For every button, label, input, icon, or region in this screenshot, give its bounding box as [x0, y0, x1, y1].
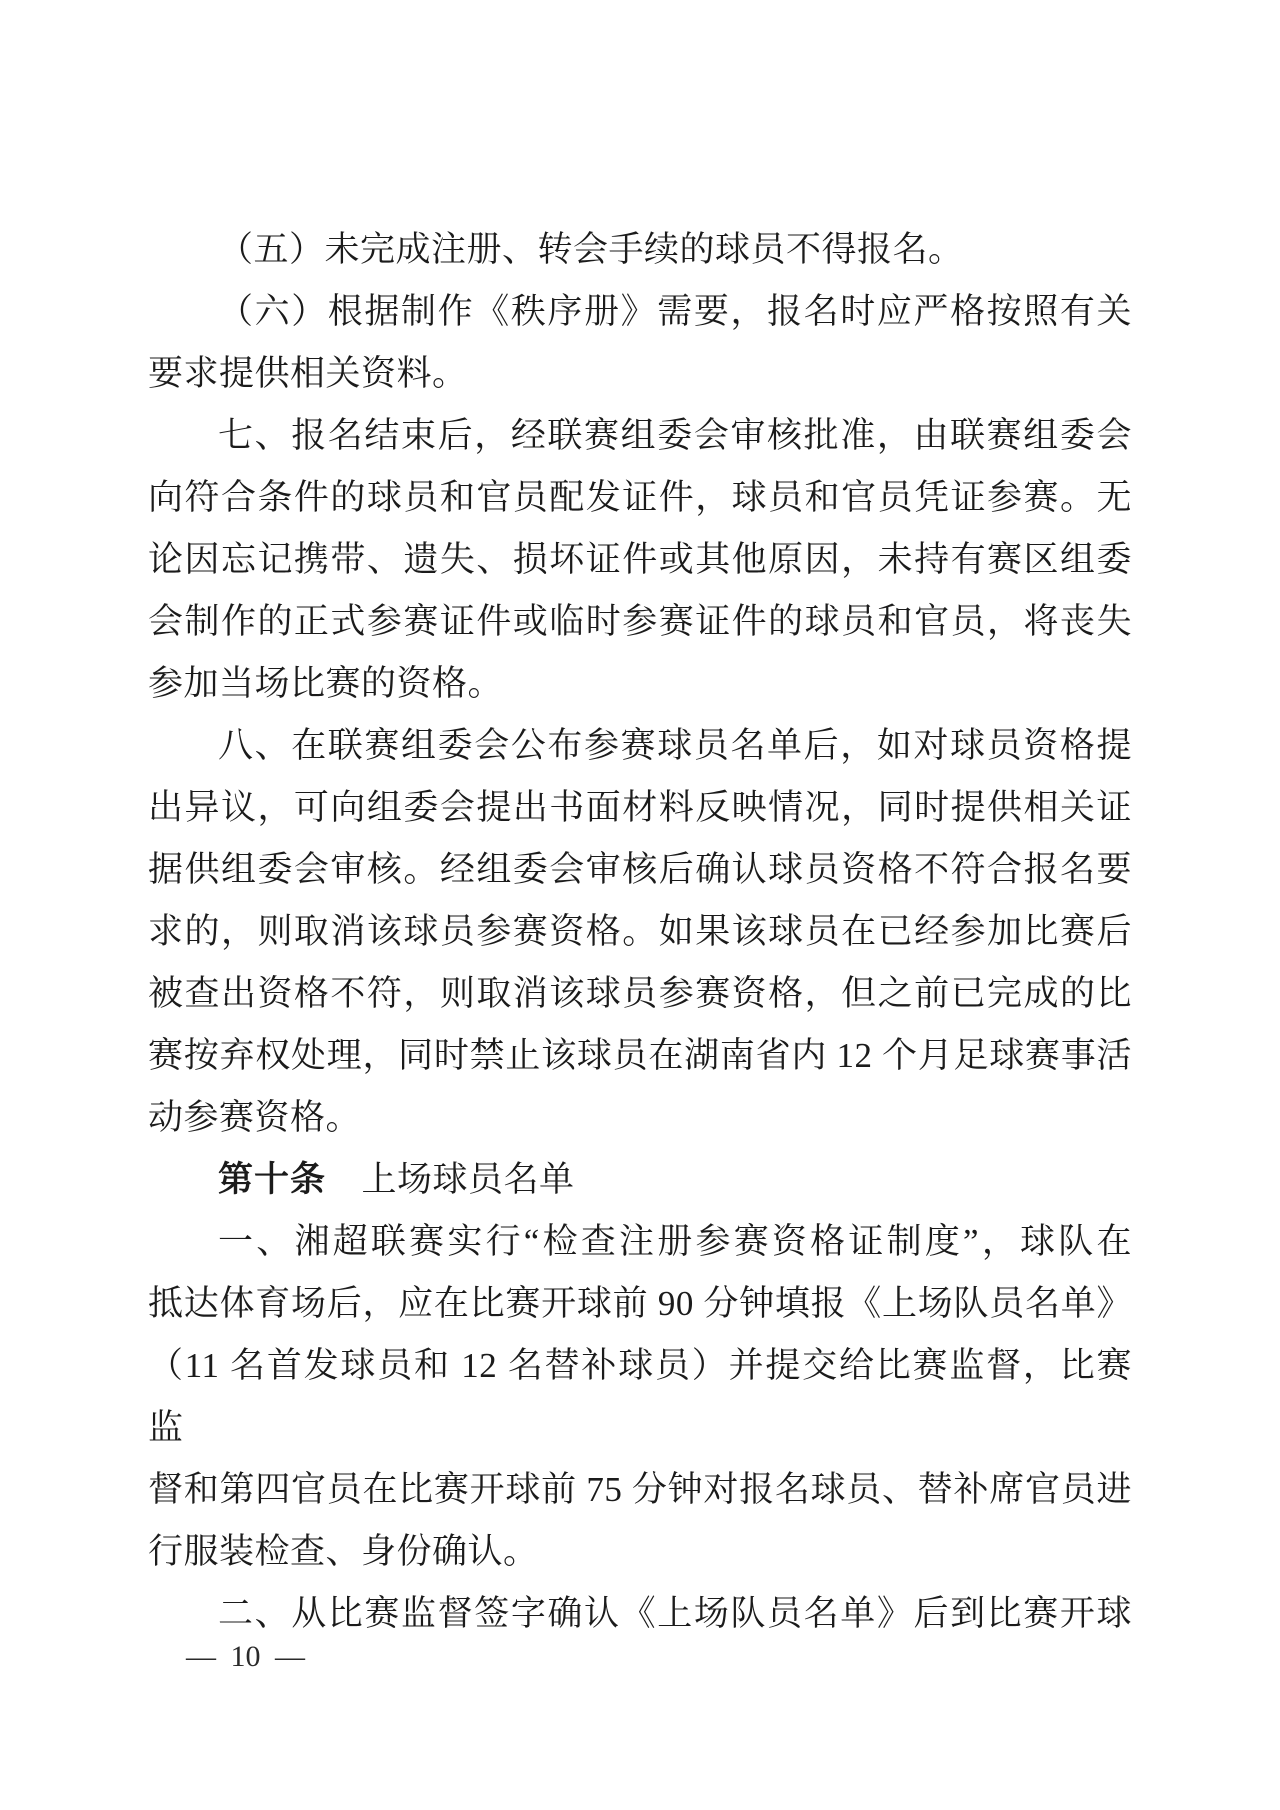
- text-line: 二、从比赛监督签字确认《上场队员名单》后到比赛开球: [148, 1583, 1132, 1645]
- line-text: 八、在联赛组委会公布参赛球员名单后，如对球员资格提: [218, 726, 1132, 765]
- line-text: （五）未完成注册、转会手续的球员不得报名。: [218, 230, 964, 269]
- text-line: （11 名首发球员和 12 名替补球员）并提交给比赛监督，比赛监: [148, 1335, 1132, 1459]
- document-body: （五）未完成注册、转会手续的球员不得报名。（六）根据制作《秩序册》需要，报名时应…: [148, 219, 1132, 1645]
- line-text: 抵达体育场后，应在比赛开球前 90 分钟填报《上场队员名单》: [148, 1284, 1132, 1323]
- text-line: 赛按弃权处理，同时禁止该球员在湖南省内 12 个月足球赛事活: [148, 1025, 1132, 1087]
- text-line: 论因忘记携带、遗失、损坏证件或其他原因，未持有赛区组委: [148, 529, 1132, 591]
- text-line: 八、在联赛组委会公布参赛球员名单后，如对球员资格提: [148, 715, 1132, 777]
- line-text: （六）根据制作《秩序册》需要，报名时应严格按照有关: [218, 292, 1132, 331]
- text-line: 行服装检查、身份确认。: [148, 1521, 1132, 1583]
- line-text: 要求提供相关资料。: [148, 354, 468, 393]
- line-text: 上场球员名单: [326, 1160, 575, 1199]
- text-line: 动参赛资格。: [148, 1087, 1132, 1149]
- line-text: 向符合条件的球员和官员配发证件，球员和官员凭证参赛。无: [148, 478, 1132, 517]
- line-text: 一、湘超联赛实行“检查注册参赛资格证制度”，球队在: [218, 1222, 1132, 1261]
- line-text: 论因忘记携带、遗失、损坏证件或其他原因，未持有赛区组委: [148, 540, 1132, 579]
- line-text: 赛按弃权处理，同时禁止该球员在湖南省内 12 个月足球赛事活: [148, 1036, 1132, 1075]
- text-line: 督和第四官员在比赛开球前 75 分钟对报名球员、替补席官员进: [148, 1459, 1132, 1521]
- line-text: 行服装检查、身份确认。: [148, 1532, 539, 1571]
- line-text: 七、报名结束后，经联赛组委会审核批准，由联赛组委会: [218, 416, 1132, 455]
- line-text: 二、从比赛监督签字确认《上场队员名单》后到比赛开球: [218, 1594, 1132, 1633]
- text-line: 出异议，可向组委会提出书面材料反映情况，同时提供相关证: [148, 777, 1132, 839]
- line-text: 被查出资格不符，则取消该球员参赛资格，但之前已完成的比: [148, 974, 1132, 1013]
- article-number: 第十条: [218, 1160, 326, 1199]
- line-text: 动参赛资格。: [148, 1098, 361, 1137]
- text-line: 参加当场比赛的资格。: [148, 653, 1132, 715]
- line-text: 参加当场比赛的资格。: [148, 664, 503, 703]
- text-line: 要求提供相关资料。: [148, 343, 1132, 405]
- line-text: 督和第四官员在比赛开球前 75 分钟对报名球员、替补席官员进: [148, 1470, 1132, 1509]
- text-line: 抵达体育场后，应在比赛开球前 90 分钟填报《上场队员名单》: [148, 1273, 1132, 1335]
- text-line: 被查出资格不符，则取消该球员参赛资格，但之前已完成的比: [148, 963, 1132, 1025]
- line-text: 据供组委会审核。经组委会审核后确认球员资格不符合报名要: [148, 850, 1132, 889]
- line-text: 求的，则取消该球员参赛资格。如果该球员在已经参加比赛后: [148, 912, 1132, 951]
- text-line: 向符合条件的球员和官员配发证件，球员和官员凭证参赛。无: [148, 467, 1132, 529]
- line-text: 出异议，可向组委会提出书面材料反映情况，同时提供相关证: [148, 788, 1132, 827]
- text-line: 七、报名结束后，经联赛组委会审核批准，由联赛组委会: [148, 405, 1132, 467]
- text-line: （六）根据制作《秩序册》需要，报名时应严格按照有关: [148, 281, 1132, 343]
- text-line: 据供组委会审核。经组委会审核后确认球员资格不符合报名要: [148, 839, 1132, 901]
- text-line: 求的，则取消该球员参赛资格。如果该球员在已经参加比赛后: [148, 901, 1132, 963]
- text-line: 会制作的正式参赛证件或临时参赛证件的球员和官员，将丧失: [148, 591, 1132, 653]
- article-heading: 第十条 上场球员名单: [148, 1149, 1132, 1211]
- text-line: 一、湘超联赛实行“检查注册参赛资格证制度”，球队在: [148, 1211, 1132, 1273]
- text-line: （五）未完成注册、转会手续的球员不得报名。: [148, 219, 1132, 281]
- document-page: （五）未完成注册、转会手续的球员不得报名。（六）根据制作《秩序册》需要，报名时应…: [0, 0, 1280, 1810]
- page-number: — 10 —: [186, 1640, 305, 1673]
- page-footer: — 10 —: [186, 1637, 305, 1677]
- line-text: 会制作的正式参赛证件或临时参赛证件的球员和官员，将丧失: [148, 602, 1132, 641]
- line-text: （11 名首发球员和 12 名替补球员）并提交给比赛监督，比赛监: [148, 1346, 1132, 1447]
